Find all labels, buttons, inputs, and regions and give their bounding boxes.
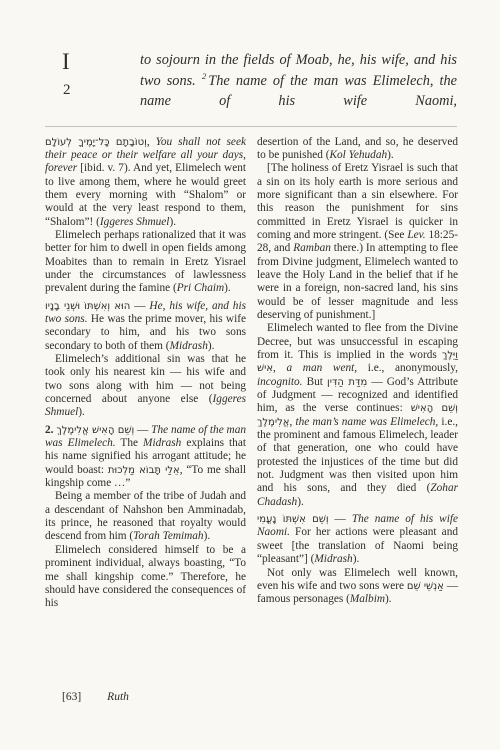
text-run: ). [204, 530, 211, 542]
text-run: — [134, 424, 151, 436]
text-run: Midrash [143, 437, 181, 449]
text-run: ). [224, 282, 231, 294]
text-run: , [273, 362, 286, 374]
chapter-numeral: I [62, 50, 140, 73]
text-run: ). [208, 340, 215, 352]
verse-number-superscript: 2 [202, 71, 206, 81]
commentary-paragraph: 2. וְשֵׁם הָאִישׁ אֱלִימֶלֶךְ — The name… [45, 424, 246, 491]
hebrew-phrase: וְטוֹבָתָם כָּל־יָמֶיךָ לְעוֹלָם [45, 137, 147, 148]
text-run: Midrash [314, 553, 352, 565]
commentary-paragraph: Not only was Elimelech well known, even … [257, 567, 458, 607]
text-run: ). [169, 216, 176, 228]
text-run: Kol Yehudah [329, 149, 387, 161]
text-run: Malbim [350, 593, 385, 605]
page-number: [63] [62, 691, 81, 703]
commentary-columns: וְטוֹבָתָם כָּל־יָמֶיךָ לְעוֹלָם, You sh… [0, 127, 500, 611]
commentary-paragraph: וְשֵׁם אִשְׁתּוֹ נָעֳמִי — The name of h… [257, 513, 458, 566]
text-run: ). [385, 593, 392, 605]
text-run: Lev. [407, 229, 425, 241]
text-run: But [303, 376, 328, 388]
text-run: Iggeres Shmuel [100, 216, 170, 228]
text-run: Torah Temimah [133, 530, 203, 542]
commentary-paragraph: Elimelech perhaps rationalized that it w… [45, 229, 246, 296]
text-run: Midrash [170, 340, 208, 352]
text-run: a man went, [287, 362, 358, 374]
text-run: — [329, 513, 352, 525]
commentary-paragraph: desertion of the Land, and so, he deserv… [257, 136, 458, 163]
page-footer: [63]Ruth [62, 691, 129, 703]
hebrew-phrase: וְשֵׁם אִשְׁתּוֹ נָעֳמִי [257, 514, 329, 525]
commentary-paragraph: Elimelech considered himself to be a pro… [45, 544, 246, 611]
commentary-paragraph: [The holiness of Eretz Yisrael is such t… [257, 162, 458, 322]
hebrew-phrase: מִדַּת הַדִּין [327, 377, 367, 388]
text-run: 2. [45, 424, 56, 436]
hebrew-phrase: אַנְשֵׁי שֵׁם [407, 581, 444, 592]
text-run: Elimelech considered himself to be a pro… [45, 544, 246, 609]
verse-number: 2 [62, 82, 140, 99]
text-run: incognito. [257, 376, 303, 388]
text-run: Ramban [293, 242, 331, 254]
chapter-marker: I 2 [62, 50, 140, 112]
text-run: ). [78, 406, 85, 418]
text-run: the man’s name was Elimelech, [295, 416, 438, 428]
verse-text: to sojourn in the fields of Moab, he, hi… [140, 50, 457, 112]
verse-header: I 2 to sojourn in the fields of Moab, he… [0, 0, 500, 112]
text-run: i.e., anonymously, [357, 362, 458, 374]
text-run: , [147, 136, 156, 148]
text-run: ). [297, 496, 304, 508]
hebrew-phrase: וְשֵׁם הָאִישׁ אֱלִימֶלֶךְ [56, 425, 134, 436]
right-column: desertion of the Land, and so, he deserv… [257, 136, 458, 611]
text-run: Elimelech wanted to flee from the Divine… [257, 322, 458, 361]
commentary-paragraph: Elimelech wanted to flee from the Divine… [257, 322, 458, 509]
text-run: Pri Chaim [177, 282, 224, 294]
text-run: — [130, 300, 149, 312]
hebrew-phrase: הוּא וְאִשְׁתּוֹ וּשְׁנֵי בָנָיו [45, 301, 130, 312]
book-title: Ruth [107, 691, 129, 703]
left-column: וְטוֹבָתָם כָּל־יָמֶיךָ לְעוֹלָם, You sh… [45, 136, 246, 611]
text-run: ). [353, 553, 360, 565]
commentary-paragraph: Elimelech’s additional sin was that he t… [45, 353, 246, 420]
hebrew-phrase: אֵלַי תָּבוֹא מַלְכוּת [108, 465, 180, 476]
commentary-paragraph: Being a member of the tribe of Judah and… [45, 490, 246, 543]
commentary-paragraph: הוּא וְאִשְׁתּוֹ וּשְׁנֵי בָנָיו — He, h… [45, 300, 246, 353]
commentary-paragraph: וְטוֹבָתָם כָּל־יָמֶיךָ לְעוֹלָם, You sh… [45, 136, 246, 229]
book-page: I 2 to sojourn in the fields of Moab, he… [0, 0, 500, 750]
text-run: The [116, 437, 143, 449]
text-run: ). [387, 149, 394, 161]
